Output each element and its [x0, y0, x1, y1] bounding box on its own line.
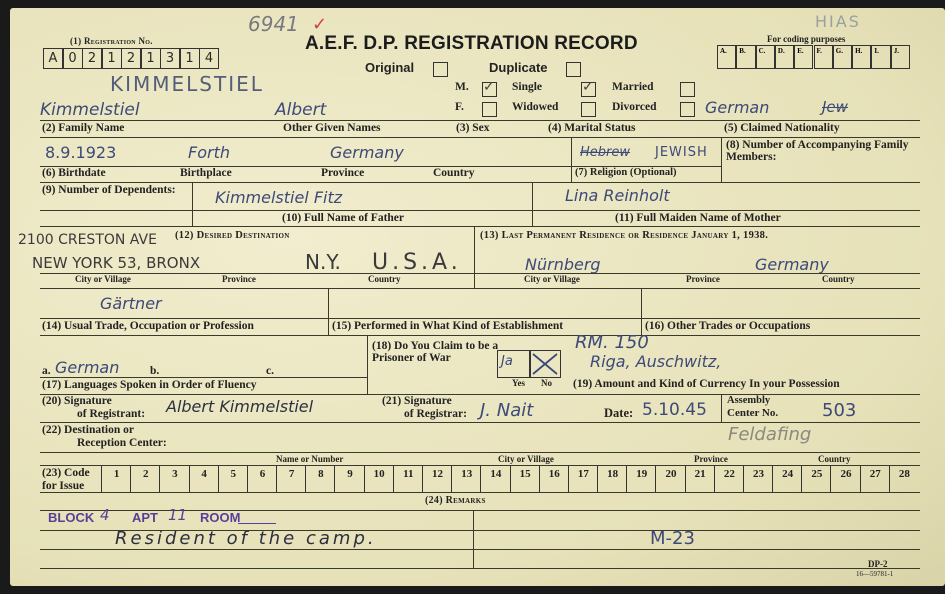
coding-label: For coding purposes — [767, 34, 845, 44]
accompanying-members-text: (8) Number of Accompanying Family Member… — [726, 139, 909, 163]
coding-column: I. — [871, 45, 890, 69]
document-title: A.E.F. D.P. REGISTRATION RECORD — [305, 33, 638, 55]
dependents-text: (9) Number of Dependents: — [42, 184, 176, 196]
remarks-line1: Resident of the camp. — [115, 528, 377, 549]
last-province-label: Province — [686, 274, 720, 284]
apt-value: 11 — [168, 506, 187, 524]
birthdate-label: (6) Birthdate — [42, 167, 106, 179]
issue-group-name: Name or Number — [276, 454, 343, 464]
lang-a-prefix: a. — [42, 365, 51, 377]
mother-name-value: Lina Reinholt — [565, 186, 670, 205]
coding-column: G. — [833, 45, 852, 69]
sex-m-label: M. — [455, 81, 469, 93]
registration-digit: 1 — [102, 48, 122, 69]
issue-code-cell: 15 — [510, 466, 540, 492]
registration-digit: 4 — [199, 48, 219, 69]
divorced-label: Divorced — [612, 101, 657, 113]
occupation-label: (14) Usual Trade, Occupation or Professi… — [42, 320, 254, 332]
family-name-print: KIMMELSTIEL — [110, 72, 264, 96]
registration-digit: 2 — [121, 48, 141, 69]
divider-languages — [367, 335, 368, 394]
last-city-value: Nürnberg — [525, 255, 601, 274]
issue-code-cell: 9 — [334, 466, 364, 492]
issue-code-cell: 20 — [655, 466, 685, 492]
birth-country-value: Germany — [330, 143, 404, 162]
given-names-label: Other Given Names — [283, 122, 381, 134]
issue-code-cell: 1 — [101, 466, 131, 492]
rule-destination — [40, 273, 920, 274]
coding-column: E. — [794, 45, 813, 69]
nationality-value: German — [705, 98, 769, 117]
rule-parents — [40, 210, 920, 211]
destination-country-value: U.S.A. — [372, 250, 462, 275]
registration-digit: 1 — [180, 48, 200, 69]
issue-group-country: Country — [818, 454, 851, 464]
single-label: Single — [512, 81, 542, 93]
block-value: 4 — [100, 506, 110, 524]
issue-group-city: City or Village — [498, 454, 554, 464]
issue-code-cell: 7 — [276, 466, 306, 492]
check-mark-icon: ✓ — [483, 79, 495, 96]
registrar-signature-value: J. Nait — [480, 400, 533, 421]
assembly-value: 503 — [822, 400, 856, 421]
registration-digit: 3 — [160, 48, 180, 69]
rule-issue-bottom — [40, 492, 920, 493]
duplicate-checkbox[interactable] — [566, 62, 581, 77]
languages-label: (17) Languages Spoken in Order of Fluenc… — [42, 379, 256, 391]
rule-name — [40, 120, 920, 121]
issue-code-cell: 24 — [772, 466, 802, 492]
rule-remarks-4 — [40, 568, 920, 569]
dest-province-label: Province — [222, 274, 256, 284]
issue-code-cell: 28 — [889, 466, 919, 492]
x-mark-icon — [530, 351, 560, 377]
lang-c-prefix: c. — [266, 365, 274, 377]
pow-yes-box[interactable]: Ja — [497, 350, 531, 378]
issue-code-cell: 10 — [364, 466, 394, 492]
province-label: Province — [321, 167, 364, 179]
registration-digit: 1 — [141, 48, 161, 69]
family-name-value: Kimmelstiel — [40, 100, 140, 120]
registration-label: (1) Registration No. — [70, 36, 153, 46]
divorced-checkbox[interactable] — [680, 102, 695, 117]
rule-signatures-bottom — [40, 422, 920, 423]
last-country-label: Country — [822, 274, 855, 284]
currency-line1: RM. 150 — [575, 332, 649, 353]
destination-province-value: N.Y. — [305, 250, 341, 274]
sex-f-checkbox[interactable] — [482, 102, 497, 117]
issue-code-cell: 3 — [159, 466, 189, 492]
occupation-value: Gärtner — [100, 294, 162, 313]
date-label: Date: — [604, 406, 633, 421]
issue-code-cell: 4 — [189, 466, 219, 492]
rule-languages-bottom — [40, 394, 920, 395]
father-label: (10) Full Name of Father — [282, 212, 404, 224]
assembly-label-1: Assembly — [727, 395, 770, 406]
given-names-value: Albert — [275, 100, 326, 120]
print-code: 16—59781-1 — [856, 570, 893, 578]
mother-label: (11) Full Maiden Name of Mother — [615, 212, 781, 224]
issue-code-cell: 5 — [218, 466, 248, 492]
religion-label: (7) Religion (Optional) — [575, 167, 677, 178]
lang-b-prefix: b. — [150, 365, 159, 377]
pow-label: (18) Do You Claim to be a Prisoner of Wa… — [372, 340, 502, 364]
married-label: Married — [612, 81, 654, 93]
divider-religion-left — [571, 137, 572, 182]
dest-country-label: Country — [368, 274, 401, 284]
dependents-label: (9) Number of Dependents: — [42, 184, 182, 197]
marital-status-label: (4) Marital Status — [548, 122, 636, 134]
stamp-block: BLOCK — [48, 510, 94, 525]
stamp-apt: APT — [132, 510, 158, 525]
coding-column: D. — [775, 45, 794, 69]
rule-occupation-bottom — [40, 335, 920, 336]
top-number-annotation: 6941 — [248, 12, 299, 36]
registrant-signature-label-2: of Registrant: — [77, 408, 145, 420]
rule-destination-bottom — [40, 288, 920, 289]
issue-code-cell: 26 — [830, 466, 860, 492]
nationality-label: (5) Claimed Nationality — [724, 122, 840, 134]
widowed-checkbox[interactable] — [581, 102, 596, 117]
reception-label-2: Reception Center: — [77, 437, 167, 449]
pow-mark-value: Ja — [501, 354, 513, 369]
remarks-label: (24) Remarks — [425, 495, 486, 506]
issue-code-cell: 11 — [393, 466, 423, 492]
original-label: Original — [365, 60, 414, 75]
divider-occupation — [328, 288, 329, 336]
religion-struck-value: Hebrew — [580, 145, 630, 160]
address-line2: NEW YORK 53, BRONX — [32, 254, 200, 272]
father-name-value: Kimmelstiel Fitz — [215, 188, 342, 207]
pow-yes-label: Yes — [512, 378, 525, 388]
date-value: 5.10.45 — [642, 400, 707, 420]
check-mark-icon: ✓ — [582, 79, 594, 96]
sex-f-label: F. — [455, 101, 464, 113]
nationality-struck-value: Jew — [822, 98, 848, 116]
remarks-right-value: M-23 — [650, 528, 695, 549]
coding-column: F. — [814, 45, 833, 69]
family-name-label: (2) Family Name — [42, 122, 124, 134]
registration-digit: 2 — [82, 48, 102, 69]
rule-birth-bottom — [40, 182, 920, 183]
married-checkbox[interactable] — [680, 82, 695, 97]
currency-label: (19) Amount and Kind of Currency In your… — [573, 378, 840, 390]
sex-m-checkbox[interactable]: ✓ — [482, 82, 497, 97]
coding-column: H. — [852, 45, 871, 69]
desired-destination-label: (12) Desired Destination — [175, 230, 290, 241]
assembly-label-2: Center No. — [727, 407, 778, 419]
rule-name-bottom — [40, 137, 920, 138]
reception-label-1: (22) Destination or — [42, 424, 134, 436]
coding-column: A. — [717, 45, 736, 69]
issue-code-cell: 27 — [860, 466, 890, 492]
establishment-label: (15) Performed in What Kind of Establish… — [332, 320, 563, 332]
single-checkbox[interactable]: ✓ — [581, 82, 596, 97]
last-residence-label: (13) Last Permanent Residence or Residen… — [480, 230, 768, 241]
issue-group-province: Province — [694, 454, 728, 464]
issue-code-cell: 2 — [130, 466, 160, 492]
original-checkbox[interactable] — [433, 62, 448, 77]
rule-remarks-3 — [40, 549, 920, 550]
sex-label: (3) Sex — [456, 122, 490, 134]
divider-assembly — [721, 394, 722, 422]
country-label: Country — [433, 167, 475, 179]
registration-digit: 0 — [63, 48, 83, 69]
issue-code-cell: 18 — [597, 466, 627, 492]
issue-code-cell: 16 — [539, 466, 569, 492]
stamp-room: ROOM — [200, 510, 240, 525]
divider-establishment — [641, 288, 642, 336]
divider-father-mother — [532, 182, 533, 226]
lang-a-value: German — [55, 358, 119, 377]
form-number: DP-2 — [868, 559, 888, 569]
currency-line2: Riga, Auschwitz, — [590, 352, 721, 371]
coding-column: C. — [756, 45, 775, 69]
accompanying-members-label: (8) Number of Accompanying Family Member… — [726, 139, 916, 163]
reception-value: Feldafing — [728, 424, 811, 445]
divider-religion-right — [721, 137, 722, 182]
other-trades-label: (16) Other Trades or Occupations — [645, 320, 810, 332]
issue-code-cell: 21 — [685, 466, 715, 492]
religion-value: JEWISH — [655, 145, 708, 160]
issue-code-cell: 25 — [801, 466, 831, 492]
birthplace-value: Forth — [188, 143, 230, 162]
last-country-value: Germany — [755, 255, 829, 274]
registration-digit: A — [43, 48, 63, 69]
red-check-mark: ✓ — [312, 14, 327, 35]
divider-remarks — [473, 510, 474, 568]
last-city-label: City or Village — [524, 274, 580, 284]
registrar-signature-label-1: (21) Signature — [382, 395, 452, 407]
issue-code-cell: 22 — [714, 466, 744, 492]
pow-no-box[interactable] — [529, 350, 561, 378]
issue-code-cell: 23 — [743, 466, 773, 492]
widowed-label: Widowed — [512, 101, 558, 113]
rule-parents-bottom — [40, 226, 920, 227]
issue-code-cell: 12 — [422, 466, 452, 492]
issue-code-label-2: for Issue — [42, 480, 84, 492]
birthdate-value: 8.9.1923 — [45, 143, 116, 162]
issue-code-cell: 8 — [305, 466, 335, 492]
rule-languages — [40, 377, 368, 378]
divider-destination — [474, 226, 475, 288]
pow-text: (18) Do You Claim to be a Prisoner of Wa… — [372, 340, 498, 364]
issue-code-cell: 14 — [480, 466, 510, 492]
registrar-signature-label-2: of Registrar: — [404, 408, 467, 420]
divider-dependents — [192, 182, 193, 226]
issue-code-label-1: (23) Code — [42, 467, 90, 479]
issue-code-cell: 17 — [568, 466, 598, 492]
address-line1: 2100 CRESTON AVE — [18, 232, 157, 248]
issue-code-cell: 13 — [451, 466, 481, 492]
coding-column: B. — [736, 45, 755, 69]
issue-code-cell: 6 — [247, 466, 277, 492]
rule-occupation — [40, 318, 920, 319]
registrant-signature-label-1: (20) Signature — [42, 395, 112, 407]
hias-annotation: HIAS — [815, 12, 861, 31]
dest-city-label: City or Village — [75, 274, 131, 284]
birthplace-label: Birthplace — [180, 167, 232, 179]
rule-reception-bottom — [40, 452, 920, 453]
issue-code-cell: 19 — [626, 466, 656, 492]
room-underline — [238, 523, 276, 524]
coding-column: J. — [891, 45, 910, 69]
registrant-signature-value: Albert Kimmelstiel — [166, 397, 313, 416]
pow-no-label: No — [541, 378, 552, 388]
duplicate-label: Duplicate — [489, 60, 548, 75]
